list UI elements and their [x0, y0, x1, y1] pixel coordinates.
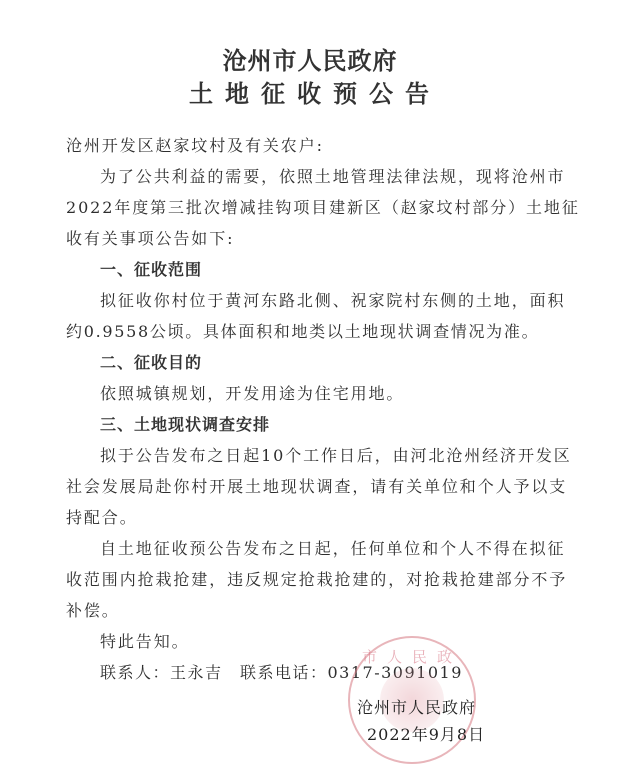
section-3-line-2: 社会发展局赴你村开展土地现状调查，请有关单位和个人予以支	[66, 477, 567, 497]
seal-text: 市人民政	[350, 646, 474, 667]
section-1-line-2: 约0.9558公顷。具体面积和地类以土地现状调查情况为准。	[66, 322, 539, 342]
section-2-heading: 二、征收目的	[100, 353, 202, 373]
section-3-line-3: 持配合。	[66, 508, 138, 528]
section-3-line-1: 拟于公告发布之日起10个工作日后，由河北沧州经济开发区	[100, 446, 572, 466]
intro-line-3: 收有关事项公告如下:	[66, 229, 234, 249]
warning-line-1: 自土地征收预公告发布之日起，任何单位和个人不得在拟征	[100, 539, 565, 559]
signature-date: 2022年9月8日	[367, 722, 485, 745]
section-1-line-1: 拟征收你村位于黄河东路北侧、祝家院村东侧的土地，面积	[100, 291, 565, 311]
closing-text: 特此告知。	[100, 632, 190, 652]
section-2-line-1: 依照城镇规划，开发用途为住宅用地。	[100, 384, 404, 404]
notice-title: 土地征收预公告	[0, 74, 620, 109]
section-3-heading: 三、土地现状调查安排	[100, 415, 270, 435]
intro-line-1: 为了公共利益的需要，依照土地管理法律法规，现将沧州市	[100, 167, 565, 187]
addressee: 沧州开发区赵家坟村及有关农户:	[66, 136, 324, 156]
section-1-heading: 一、征收范围	[100, 260, 202, 280]
warning-line-2: 收范围内抢栽抢建，违反规定抢栽抢建的，对抢栽抢建部分不予	[66, 570, 567, 590]
issuer-title: 沧州市人民政府	[0, 41, 620, 76]
signature-issuer: 沧州市人民政府	[357, 695, 476, 718]
intro-line-2: 2022年度第三批次增减挂钩项目建新区（赵家坟村部分）土地征	[66, 198, 580, 218]
warning-line-3: 补偿。	[66, 601, 120, 621]
